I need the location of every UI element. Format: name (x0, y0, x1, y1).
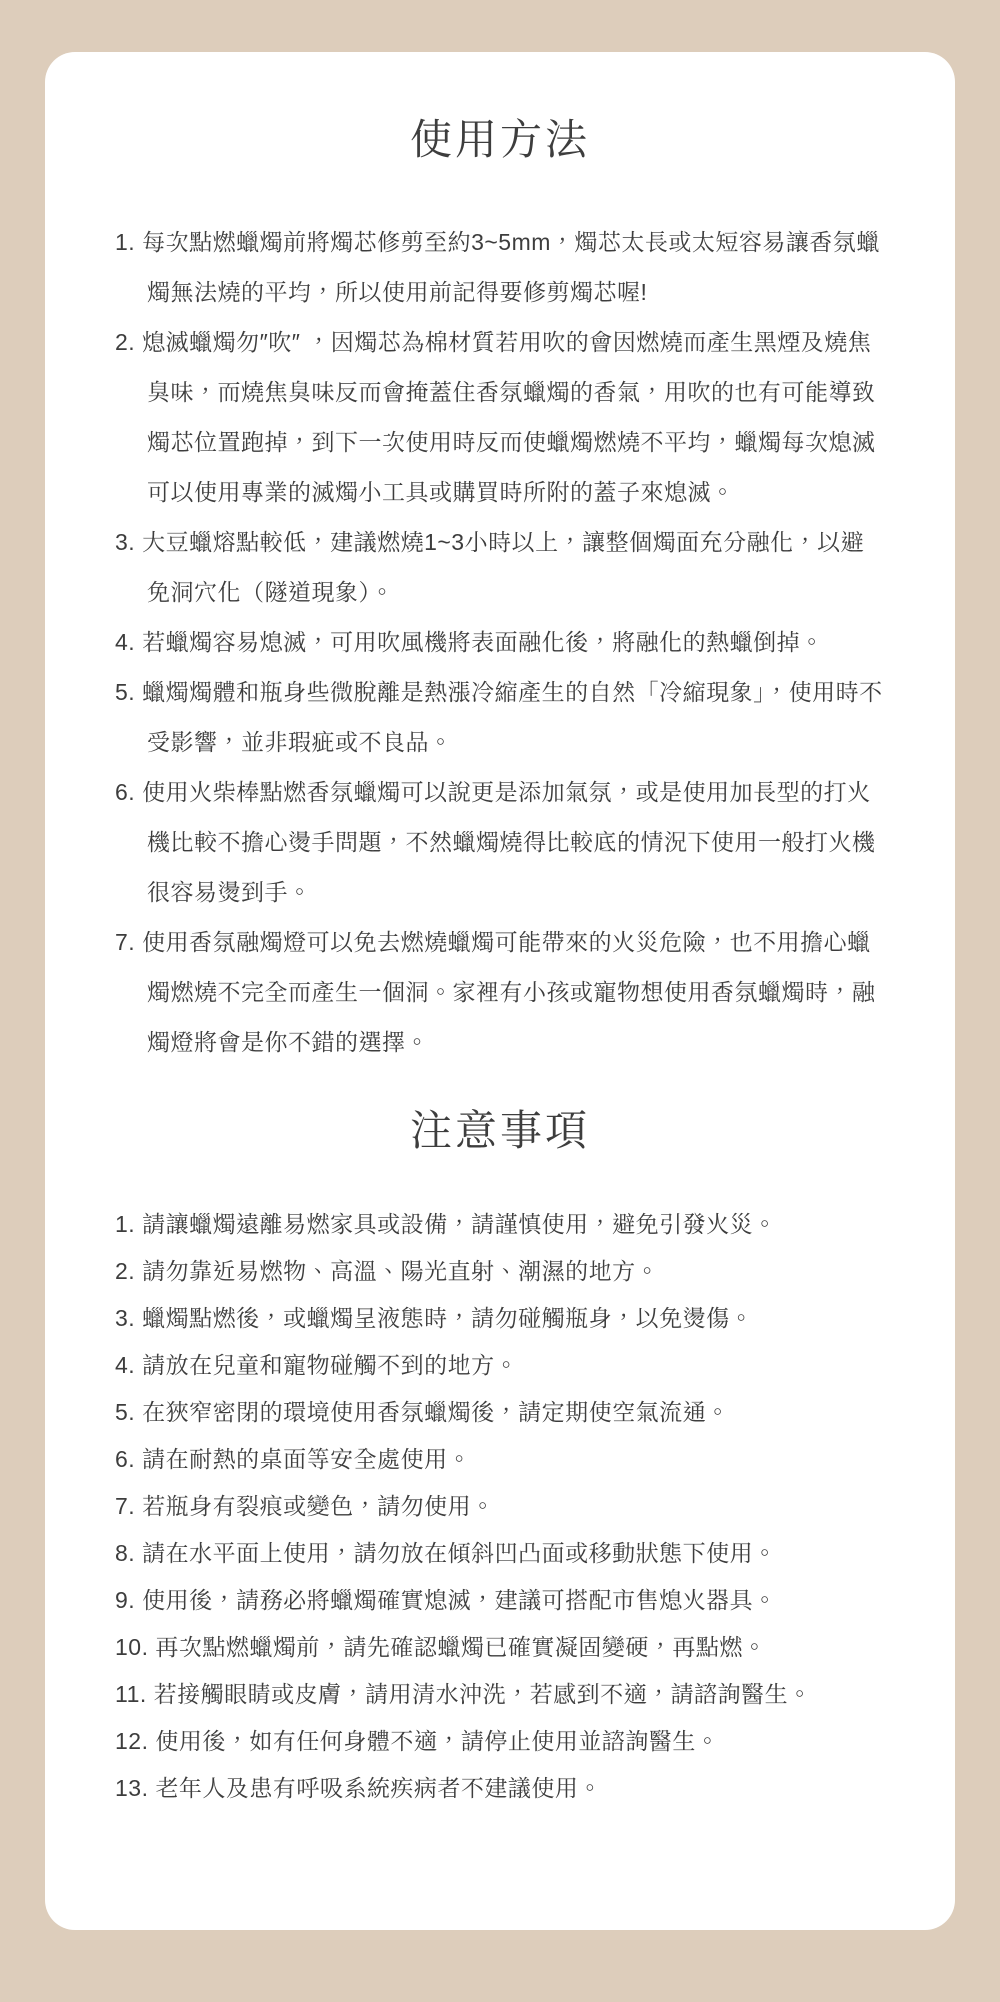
page-background: 使用方法 1. 每次點燃蠟燭前將燭芯修剪至約3~5mm，燭芯太長或太短容易讓香氛… (0, 0, 1000, 2002)
usage-section: 使用方法 1. 每次點燃蠟燭前將燭芯修剪至約3~5mm，燭芯太長或太短容易讓香氛… (115, 114, 885, 1067)
list-item: 7. 若瓶身有裂痕或變色，請勿使用。 (115, 1483, 885, 1530)
list-item: 6. 使用火柴棒點燃香氛蠟燭可以說更是添加氣氛，或是使用加長型的打火機比較不擔心… (115, 767, 885, 917)
list-item: 10. 再次點燃蠟燭前，請先確認蠟燭已確實凝固變硬，再點燃。 (115, 1624, 885, 1671)
list-item: 5. 蠟燭燭體和瓶身些微脫離是熱漲冷縮產生的自然「冷縮現象」，使用時不受影響，並… (115, 667, 885, 767)
list-item: 6. 請在耐熱的桌面等安全處使用。 (115, 1436, 885, 1483)
list-item: 3. 大豆蠟熔點較低，建議燃燒1~3小時以上，讓整個燭面充分融化，以避免洞穴化（… (115, 517, 885, 617)
list-item: 5. 在狹窄密閉的環境使用香氛蠟燭後，請定期使空氣流通。 (115, 1389, 885, 1436)
list-item: 4. 若蠟燭容易熄滅，可用吹風機將表面融化後，將融化的熱蠟倒掉。 (115, 617, 885, 667)
list-item: 4. 請放在兒童和寵物碰觸不到的地方。 (115, 1342, 885, 1389)
list-item: 9. 使用後，請務必將蠟燭確實熄滅，建議可搭配市售熄火器具。 (115, 1577, 885, 1624)
usage-list: 1. 每次點燃蠟燭前將燭芯修剪至約3~5mm，燭芯太長或太短容易讓香氛蠟燭無法燒… (115, 217, 885, 1067)
list-item: 3. 蠟燭點燃後，或蠟燭呈液態時，請勿碰觸瓶身，以免燙傷。 (115, 1295, 885, 1342)
precautions-section: 注意事項 1. 請讓蠟燭遠離易燃家具或設備，請謹慎使用，避免引發火災。2. 請勿… (115, 1105, 885, 1813)
list-item: 7. 使用香氛融燭燈可以免去燃燒蠟燭可能帶來的火災危險，也不用擔心蠟燭燃燒不完全… (115, 917, 885, 1067)
list-item: 12. 使用後，如有任何身體不適，請停止使用並諮詢醫生。 (115, 1718, 885, 1765)
list-item: 2. 請勿靠近易燃物、高溫、陽光直射、潮濕的地方。 (115, 1248, 885, 1295)
precautions-title: 注意事項 (115, 1105, 885, 1158)
usage-title: 使用方法 (115, 114, 885, 167)
instruction-card: 使用方法 1. 每次點燃蠟燭前將燭芯修剪至約3~5mm，燭芯太長或太短容易讓香氛… (45, 52, 955, 1930)
list-item: 1. 每次點燃蠟燭前將燭芯修剪至約3~5mm，燭芯太長或太短容易讓香氛蠟燭無法燒… (115, 217, 885, 317)
list-item: 11. 若接觸眼睛或皮膚，請用清水沖洗，若感到不適，請諮詢醫生。 (115, 1671, 885, 1718)
list-item: 8. 請在水平面上使用，請勿放在傾斜凹凸面或移動狀態下使用。 (115, 1530, 885, 1577)
list-item: 13. 老年人及患有呼吸系統疾病者不建議使用。 (115, 1765, 885, 1812)
list-item: 2. 熄滅蠟燭勿″吹″ ，因燭芯為棉材質若用吹的會因燃燒而產生黑煙及燒焦臭味，而… (115, 317, 885, 517)
precautions-list: 1. 請讓蠟燭遠離易燃家具或設備，請謹慎使用，避免引發火災。2. 請勿靠近易燃物… (115, 1201, 885, 1812)
list-item: 1. 請讓蠟燭遠離易燃家具或設備，請謹慎使用，避免引發火災。 (115, 1201, 885, 1248)
